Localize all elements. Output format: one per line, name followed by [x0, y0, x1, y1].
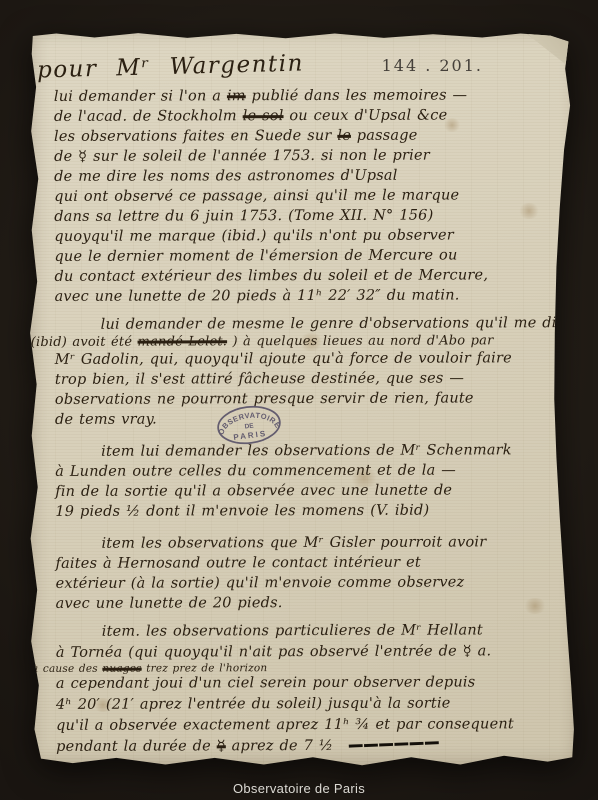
- photo-backdrop: pour Mʳ Wargentin 144 . 201. lui demande…: [0, 0, 598, 800]
- text-line: 4ʰ 20′ (21′ aprez l'entrée du soleil) ju…: [56, 693, 566, 716]
- text-segment: 19 pieds ½ dont il m'envoie les momens (…: [55, 503, 429, 520]
- text-segment: de me dire les noms des astronomes d'Ups…: [54, 168, 397, 185]
- text-line: de l'acad. de Stockholm le sol ou ceux d…: [54, 105, 564, 127]
- text-segment: im: [227, 88, 246, 104]
- text-segment: qui ont observé ce passage, ainsi qu'il …: [54, 187, 459, 204]
- text-line: qui ont observé ce passage, ainsi qu'il …: [54, 185, 564, 207]
- text-segment: (ibid) avoit été: [31, 335, 138, 350]
- paragraph: item lui demander les observations de Mʳ…: [55, 440, 565, 522]
- text-line: Mʳ Gadolin, qui, quoyqu'il ajoute qu'à f…: [55, 348, 565, 370]
- text-line: pendant la durée de ☿ aprez de 7 ½ ▬▬▬▬▬…: [56, 735, 566, 758]
- text-segment: item. les observations particulieres de …: [102, 622, 483, 639]
- text-segment: publié dans les memoires —: [246, 87, 468, 104]
- text-line: lui demander de mesme le genre d'observa…: [55, 313, 565, 335]
- text-line: fin de la sortie qu'il a observée avec u…: [55, 480, 565, 502]
- text-segment: trop bien, il s'est attiré fâcheuse dest…: [55, 370, 464, 387]
- paragraph: lui demander si l'on a im publié dans le…: [54, 85, 565, 307]
- paragraph: item. les observations particulieres de …: [56, 620, 566, 758]
- text-segment: ) à quelques lieues au nord d'Abo par: [227, 333, 493, 349]
- text-line: a cependant joui d'un ciel serein pour o…: [56, 672, 566, 695]
- text-line: quoyqu'il me marque (ibid.) qu'ils n'ont…: [54, 225, 564, 247]
- text-line: 19 pieds ½ dont il m'envoie les momens (…: [55, 500, 565, 522]
- text-segment: item les observations que Mʳ Gisler pour…: [101, 534, 486, 551]
- recipient-line: pour Mʳ Wargentin: [37, 51, 305, 84]
- text-line: du contact extérieur des limbes du solei…: [54, 265, 564, 287]
- text-segment: le: [337, 128, 351, 144]
- text-segment: mandé Lelet.: [138, 334, 228, 349]
- text-line: à Lunden outre celles du commencement et…: [55, 460, 565, 482]
- text-segment: les observations faites en Suede sur: [54, 128, 337, 145]
- text-segment: ☿: [217, 738, 226, 754]
- heavy-ink-dash: ▬▬▬▬▬▬: [347, 737, 439, 752]
- text-segment: Mʳ Gadolin, qui, quoyqu'il ajoute qu'à f…: [55, 350, 512, 368]
- text-segment: de tems vray.: [55, 412, 157, 428]
- text-segment: ou ceux d'Upsal &ce: [283, 108, 447, 125]
- text-line: trop bien, il s'est attiré fâcheuse dest…: [55, 368, 565, 390]
- text-segment: item lui demander les observations de Mʳ…: [101, 442, 512, 459]
- text-segment: quoyqu'il me marque (ibid.) qu'ils n'ont…: [54, 227, 454, 244]
- page-number: 144 . 201.: [382, 56, 483, 75]
- text-segment: le sol: [243, 108, 284, 124]
- text-segment: extérieur (à la sortie) qu'il m'envoie c…: [56, 574, 465, 591]
- text-line: de ☿ sur le soleil de l'année 1753. si n…: [54, 145, 564, 167]
- text-line: à Tornéa (qui quoyqu'il n'ait pas observ…: [56, 641, 566, 664]
- text-line: lui demander si l'on a im publié dans le…: [54, 85, 564, 107]
- text-line: avec une lunette de 20 pieds.: [56, 592, 566, 614]
- manuscript-body: lui demander si l'on a im publié dans le…: [54, 85, 566, 758]
- paragraph: lui demander de mesme le genre d'observa…: [55, 313, 565, 430]
- text-line: observations ne pourront presque servir …: [55, 388, 565, 410]
- text-segment: lui demander si l'on a: [54, 88, 227, 105]
- text-line: de tems vray.: [55, 408, 565, 430]
- text-segment: passage: [351, 128, 418, 144]
- text-line: qu'il a observée exactement aprez 11ʰ ¾ …: [56, 714, 566, 737]
- manuscript-paper: pour Mʳ Wargentin 144 . 201. lui demande…: [29, 32, 575, 766]
- text-segment: aprez de 7 ½: [226, 738, 339, 754]
- text-line: faites à Hernosand outre le contact inté…: [55, 552, 565, 574]
- text-segment: dans sa lettre du 6 juin 1753. (Tome XII…: [54, 208, 433, 225]
- text-segment: qu'il a observée exactement aprez 11ʰ ¾ …: [56, 716, 514, 734]
- text-segment: faites à Hernosand outre le contact inté…: [55, 555, 420, 572]
- text-segment: à Tornéa (qui quoyqu'il n'ait pas observ…: [56, 643, 492, 661]
- stamp-text-middle: DE: [244, 422, 254, 430]
- text-segment: avec une lunette de 20 pieds.: [56, 595, 283, 612]
- text-line: les observations faites en Suede sur le …: [54, 125, 564, 147]
- text-segment: pendant la durée de: [56, 738, 217, 755]
- text-segment: de l'acad. de Stockholm: [54, 108, 243, 125]
- text-line: de me dire les noms des astronomes d'Ups…: [54, 165, 564, 187]
- text-line: avec une lunette de 20 pieds à 11ʰ 22′ 3…: [55, 285, 565, 307]
- text-line: extérieur (à la sortie) qu'il m'envoie c…: [56, 572, 566, 594]
- text-segment: fin de la sortie qu'il a observée avec u…: [55, 483, 452, 500]
- text-line: dans sa lettre du 6 juin 1753. (Tome XII…: [54, 205, 564, 227]
- text-line: item les observations que Mʳ Gisler pour…: [55, 532, 565, 554]
- text-line: que le dernier moment de l'émersion de M…: [54, 245, 564, 267]
- text-segment: a cependant joui d'un ciel serein pour o…: [56, 674, 476, 691]
- text-segment: du contact extérieur des limbes du solei…: [54, 267, 488, 285]
- text-segment: de ☿ sur le soleil de l'année 1753. si n…: [54, 148, 430, 165]
- text-segment: lui demander de mesme le genre d'observa…: [101, 315, 563, 333]
- paragraph: item les observations que Mʳ Gisler pour…: [55, 532, 565, 614]
- text-segment: à Lunden outre celles du commencement et…: [55, 462, 456, 479]
- text-segment: 4ʰ 20′ (21′ aprez l'entrée du soleil) ju…: [56, 696, 451, 713]
- text-segment: avec une lunette de 20 pieds à 11ʰ 22′ 3…: [55, 287, 460, 304]
- text-line: item. les observations particulieres de …: [56, 620, 566, 643]
- archive-stamp: OBSERVATOIRE DE PARIS: [213, 400, 286, 450]
- photo-caption: Observatoire de Paris: [0, 781, 598, 796]
- doc-header: pour Mʳ Wargentin 144 . 201.: [29, 32, 575, 80]
- text-line: item lui demander les observations de Mʳ…: [55, 440, 565, 462]
- text-segment: que le dernier moment de l'émersion de M…: [54, 247, 457, 264]
